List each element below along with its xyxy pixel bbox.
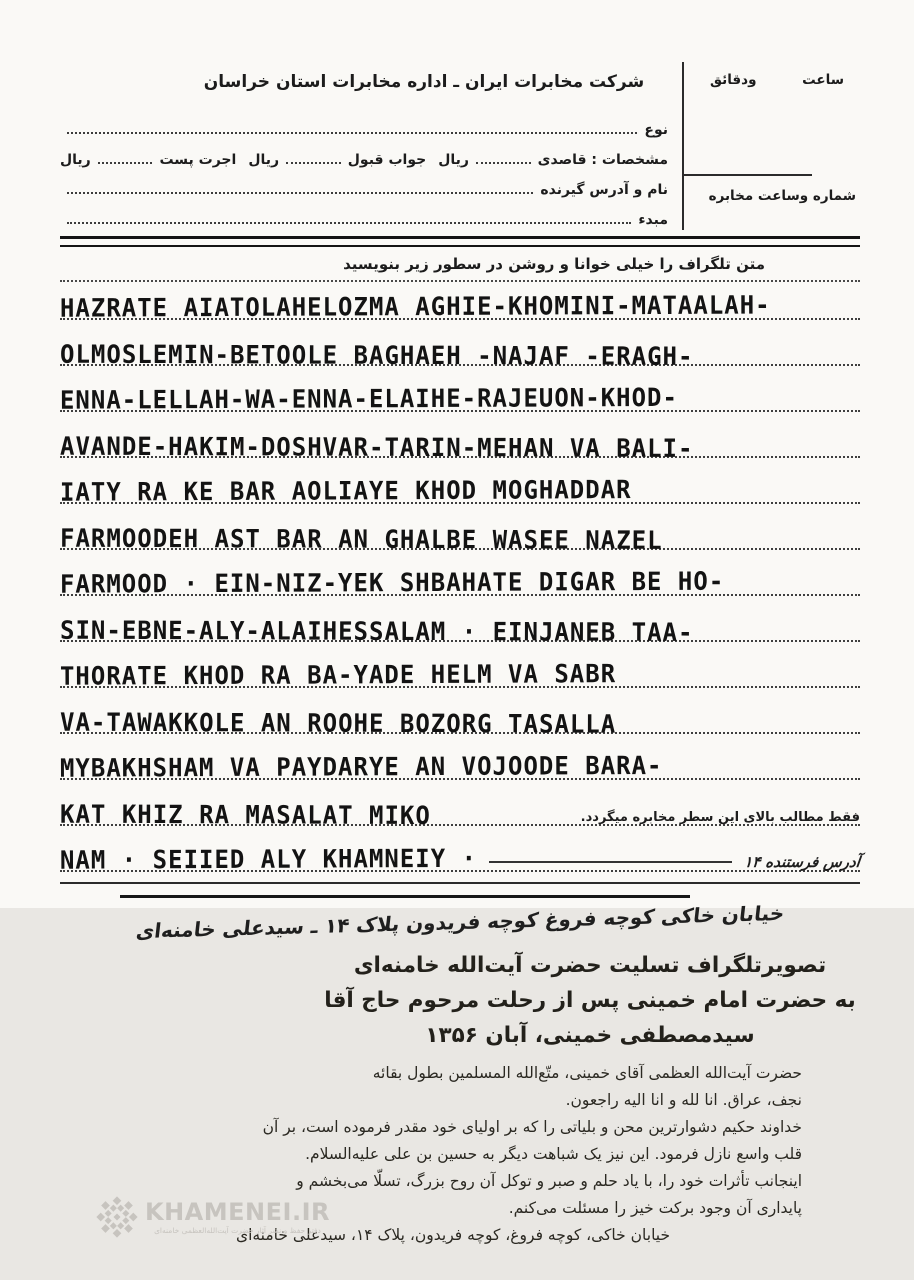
caption-panel: تصویرتلگراف تسلیت حضرت آیت‌الله خامنه‌ای…: [0, 908, 914, 1280]
khamenei-ir-watermark: KHAMENEI.IR دفتر حفظ و نشر آثار حضرت آیت…: [94, 1194, 330, 1240]
caption-body-line: خداوند حکیم دشوارترین محن و بلیاتی را که…: [104, 1114, 802, 1141]
message-line: AVANDE-HAKIM-DOSHVAR-TARIN-MEHAN VA BALI…: [60, 420, 860, 466]
time-word: ساعت: [802, 72, 844, 88]
dotted-line: [476, 160, 531, 164]
form-header: ساعت ودقائق شماره وساعت مخابره شرکت مخاب…: [60, 58, 860, 232]
rial-label: ریال: [248, 152, 279, 168]
recipient-label: نام و آدرس گیرنده: [540, 182, 668, 198]
caption-title-line: سیدمصطفی خمینی، آبان ۱۳۵۶: [310, 1018, 870, 1053]
dotted-line: [286, 160, 341, 164]
box-divider: [684, 174, 812, 176]
message-line: ENNA-LELLAH-WA-ENNA-ELAIHE-RAJEUON-KHOD-: [60, 374, 860, 420]
field-row-origin: مبدء: [60, 198, 668, 228]
telegram-scan: ساعت ودقائق شماره وساعت مخابره شرکت مخاب…: [0, 0, 914, 908]
field-row-recipient: نام و آدرس گیرنده: [60, 168, 668, 198]
end-rule: [60, 882, 860, 884]
field-row-type: نوع: [60, 108, 668, 138]
caption-title-line: به حضرت امام خمینی پس از رحلت مرحوم حاج …: [310, 983, 870, 1018]
caption-body-line: حضرت آیت‌الله العظمی آقای خمینی، متّع‌ال…: [104, 1060, 802, 1087]
caption-body-line: قلب واسع نازل فرمود. این نیز یک شباهت دی…: [104, 1141, 802, 1168]
double-rule: [60, 236, 860, 247]
message-line: THORATE KHOD RA BA-YADE HELM VA SABR: [60, 650, 860, 696]
transmission-number-label: شماره وساعت مخابره: [709, 188, 856, 204]
rial-label: ریال: [438, 152, 469, 168]
message-line: SIN-EBNE-ALY-ALAIHESSALAM · EINJANEB TAA…: [60, 604, 860, 650]
write-clearly-instruction: متن تلگراف را خیلی خوانا و روشن در سطور …: [60, 247, 860, 278]
message-line: VA-TAWAKKOLE AN ROOHE BOZORG TASALLA: [60, 696, 860, 742]
dotted-line: [67, 190, 533, 194]
postage-label: اجرت پست: [159, 152, 236, 168]
dotted-line: [98, 160, 153, 164]
caption-title-line: تصویرتلگراف تسلیت حضرت آیت‌الله خامنه‌ای: [310, 948, 870, 983]
watermark-office-subtitle: دفتر حفظ و نشر آثار حضرت آیت‌الله‌العظمی…: [145, 1227, 330, 1235]
details-label: مشخصات : قاصدی: [538, 152, 668, 168]
message-line-signature: NAM · SEIIED ALY KHAMNEIY · آدرس فرستنده…: [60, 834, 860, 880]
page: ساعت ودقائق شماره وساعت مخابره شرکت مخاب…: [0, 0, 914, 1280]
message-line: MYBAKHSHAM VA PAYDARYE AN VOJOODE BARA-: [60, 742, 860, 788]
message-line: FARMOODEH AST BAR AN GHALBE WASEE NAZEL: [60, 512, 860, 558]
sender-address-note: آدرس فرستنده ۱۴: [743, 853, 861, 875]
origin-label: مبدء: [638, 212, 668, 228]
message-line-with-print-note: KAT KHIZ RA MASALAT MIKO فقط مطالب بالای…: [60, 788, 860, 834]
watermark-site-name: KHAMENEI.IR: [145, 1200, 330, 1224]
form-main: شرکت مخابرات ایران ـ اداره مخابرات استان…: [60, 58, 668, 228]
transmit-limit-note: فقط مطالب بالای این سطر مخابره میگردد.: [581, 810, 860, 829]
caption-title: تصویرتلگراف تسلیت حضرت آیت‌الله خامنه‌ای…: [310, 948, 870, 1053]
type-label: نوع: [644, 122, 668, 138]
message-line: FARMOOD · EIN-NIZ-YEK SHBAHATE DIGAR BE …: [60, 558, 860, 604]
message-line: OLMOSLEMIN-BETOOLE BAGHAEH -NAJAF -ERAGH…: [60, 328, 860, 374]
field-row-fees: مشخصات : قاصدی ریال جواب قبول ریال اجرت …: [60, 138, 668, 168]
rial-label: ریال: [60, 152, 91, 168]
watermark-text: KHAMENEI.IR دفتر حفظ و نشر آثار حضرت آیت…: [145, 1200, 330, 1235]
message-body: HAZRATE AIATOLAHELOZMA AGHIE-KHOMINI-MAT…: [60, 280, 860, 880]
reply-label: جواب قبول: [348, 152, 426, 168]
message-line: IATY RA KE BAR AOLIAYE KHOD MOGHADDAR: [60, 466, 860, 512]
caption-body-line: اینجانب تأثرات خود را، با یاد حلم و صبر …: [104, 1168, 802, 1195]
message-line: HAZRATE AIATOLAHELOZMA AGHIE-KHOMINI-MAT…: [60, 282, 860, 328]
dotted-line: [67, 130, 637, 134]
rosette-squares-logo-icon: [94, 1194, 140, 1240]
dash-line: [489, 861, 732, 863]
telegram-form: ساعت ودقائق شماره وساعت مخابره شرکت مخاب…: [60, 58, 860, 946]
company-title: شرکت مخابرات ایران ـ اداره مخابرات استان…: [120, 58, 728, 108]
caption-body-line: نجف، عراق. انا لله و انا الیه راجعون.: [104, 1087, 802, 1114]
dotted-line: [67, 220, 631, 224]
